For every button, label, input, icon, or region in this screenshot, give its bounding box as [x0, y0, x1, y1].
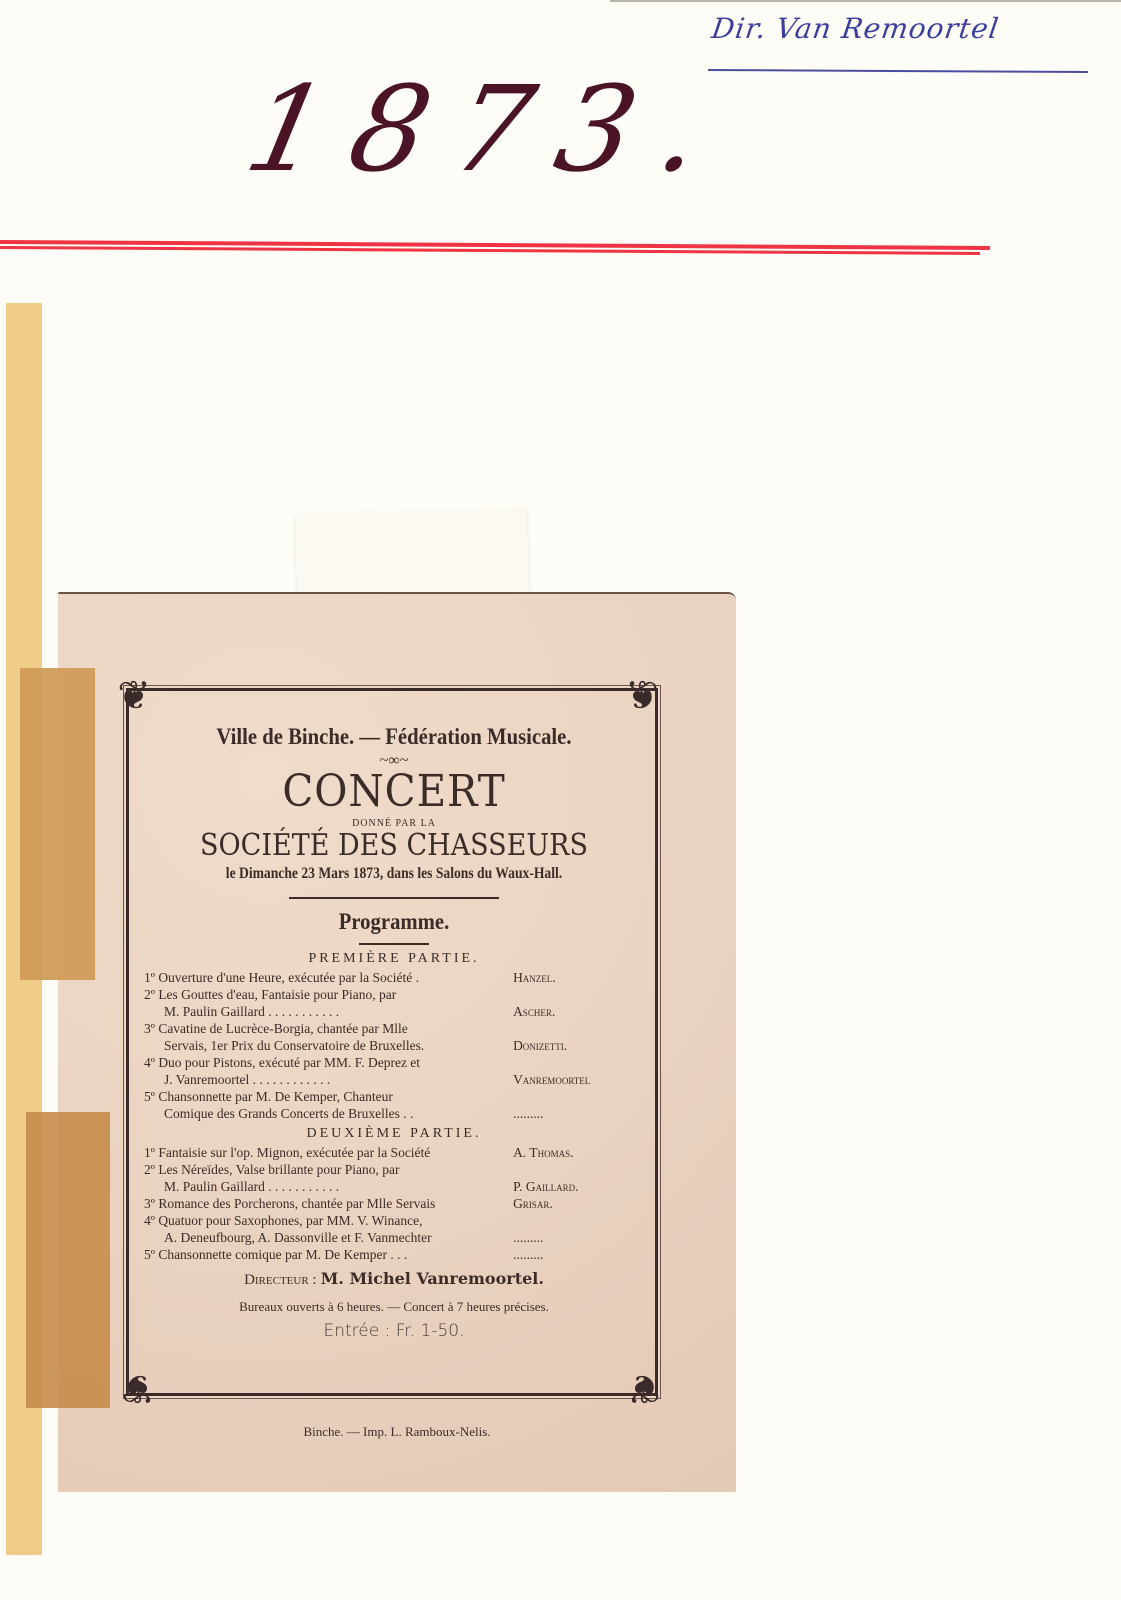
- item-text-cont: M. Paulin Gaillard . . . . . . . . . . .: [144, 1178, 509, 1195]
- entry-price: Entrée : Fr. 1-50.: [144, 1321, 644, 1341]
- item-composer: .........: [509, 1246, 644, 1263]
- item-number: 1º: [144, 970, 155, 985]
- item-composer: .........: [509, 1229, 644, 1246]
- item-composer: Grisar.: [509, 1195, 644, 1212]
- part-1-items: 1º Ouverture d'une Heure, exécutée par l…: [144, 969, 644, 1122]
- item-number: 2º: [144, 987, 155, 1002]
- item-text: Chansonnette comique par M. De Kemper . …: [158, 1247, 407, 1262]
- item-text-cont: J. Vanremoortel . . . . . . . . . . . .: [144, 1071, 509, 1088]
- item-text: Chansonnette par M. De Kemper, Chanteur: [158, 1089, 393, 1104]
- corner-ornament-icon: ❦: [110, 672, 158, 720]
- item-composer: Vanremoortel: [509, 1071, 644, 1088]
- item-text-cont: M. Paulin Gaillard . . . . . . . . . . .: [144, 1003, 509, 1020]
- card-header: Ville de Binche. — Fédération Musicale.: [169, 724, 619, 750]
- programme-title: Programme.: [169, 909, 619, 935]
- corner-ornament-icon: ❦: [620, 1364, 668, 1412]
- item-number: 4º: [144, 1055, 155, 1070]
- item-composer: A. Thomas.: [509, 1144, 644, 1161]
- part-2-items: 1º Fantaisie sur l'op. Mignon, exécutée …: [144, 1144, 644, 1263]
- annotation-underline: [708, 69, 1088, 73]
- director-line: Directeur : M. Michel Vanremoortel.: [144, 1269, 644, 1289]
- part-title: DEUXIÈME PARTIE.: [144, 1126, 644, 1142]
- item-text: Cavatine de Lucrèce-Borgia, chantée par …: [158, 1021, 407, 1036]
- item-text: Fantaisie sur l'op. Mignon, exécutée par…: [158, 1145, 430, 1160]
- item-number: 1º: [144, 1145, 155, 1160]
- item-composer: P. Gaillard.: [509, 1178, 644, 1195]
- page-top-edge: [610, 0, 1121, 2]
- date-line: le Dimanche 23 Mars 1873, dans les Salon…: [182, 865, 607, 883]
- tape-strip-upper: [20, 668, 95, 980]
- hours-line: Bureaux ouverts à 6 heures. — Concert à …: [144, 1299, 644, 1315]
- item-number: 5º: [144, 1247, 155, 1262]
- item-text: Quatuor pour Saxophones, par MM. V. Wina…: [158, 1213, 422, 1228]
- paper-hinge: [295, 507, 529, 601]
- programme-item: 3º Romance des Porcherons, chantée par M…: [144, 1195, 644, 1212]
- divider: [289, 897, 499, 899]
- item-number: 4º: [144, 1213, 155, 1228]
- handwritten-annotation: Dir. Van Remoortel: [710, 12, 1075, 45]
- concert-programme-card: ❦ ❦ ❦ ❦ Ville de Binche. — Fédération Mu…: [58, 592, 736, 1492]
- item-number: 5º: [144, 1089, 155, 1104]
- programme-item: 2º Les Néreïdes, Valse brillante pour Pi…: [144, 1161, 644, 1195]
- programme-item: 4º Quatuor pour Saxophones, par MM. V. W…: [144, 1212, 644, 1246]
- society-name: SOCIÉTÉ DES CHASSEURS: [151, 829, 637, 863]
- printer-imprint: Binche. — Imp. L. Ramboux-Nelis.: [58, 1424, 736, 1440]
- part-title: PREMIÈRE PARTIE.: [144, 951, 644, 967]
- handwritten-year: 1873.: [237, 70, 740, 188]
- item-number: 3º: [144, 1196, 155, 1211]
- item-text: Les Gouttes d'eau, Fantaisie pour Piano,…: [158, 987, 396, 1002]
- item-composer: .........: [509, 1105, 644, 1122]
- tape-strip-lower: [26, 1112, 110, 1408]
- director-name: M. Michel Vanremoortel.: [321, 1269, 544, 1288]
- item-number: 3º: [144, 1021, 155, 1036]
- programme-item: 1º Ouverture d'une Heure, exécutée par l…: [144, 969, 644, 986]
- programme-item: 5º Chansonnette par M. De Kemper, Chante…: [144, 1088, 644, 1122]
- item-text-cont: Comique des Grands Concerts de Bruxelles…: [144, 1105, 509, 1122]
- item-composer: Donizetti.: [509, 1037, 644, 1054]
- item-number: 2º: [144, 1162, 155, 1177]
- director-label: Directeur :: [244, 1272, 317, 1288]
- card-content: Ville de Binche. — Fédération Musicale. …: [144, 724, 644, 1341]
- item-composer: Ascher.: [509, 1003, 644, 1020]
- card-title: CONCERT: [164, 768, 624, 816]
- item-text: Duo pour Pistons, exécuté par MM. F. Dep…: [158, 1055, 420, 1070]
- programme-item: 4º Duo pour Pistons, exécuté par MM. F. …: [144, 1054, 644, 1088]
- corner-ornament-icon: ❦: [114, 1364, 162, 1412]
- programme-item: 1º Fantaisie sur l'op. Mignon, exécutée …: [144, 1144, 644, 1161]
- item-text-cont: A. Deneufbourg, A. Dassonville et F. Van…: [144, 1229, 509, 1246]
- programme-item: 2º Les Gouttes d'eau, Fantaisie pour Pia…: [144, 986, 644, 1020]
- item-text: Ouverture d'une Heure, exécutée par la S…: [158, 970, 419, 985]
- item-text: Romance des Porcherons, chantée par Mlle…: [158, 1196, 435, 1211]
- item-composer: Hanzel.: [509, 969, 644, 986]
- item-text: Les Néreïdes, Valse brillante pour Piano…: [158, 1162, 399, 1177]
- item-text-cont: Servais, 1er Prix du Conservatoire de Br…: [144, 1037, 509, 1054]
- programme-item: 3º Cavatine de Lucrèce-Borgia, chantée p…: [144, 1020, 644, 1054]
- programme-item: 5º Chansonnette comique par M. De Kemper…: [144, 1246, 644, 1263]
- short-divider: [359, 943, 429, 945]
- corner-ornament-icon: ❦: [618, 672, 666, 720]
